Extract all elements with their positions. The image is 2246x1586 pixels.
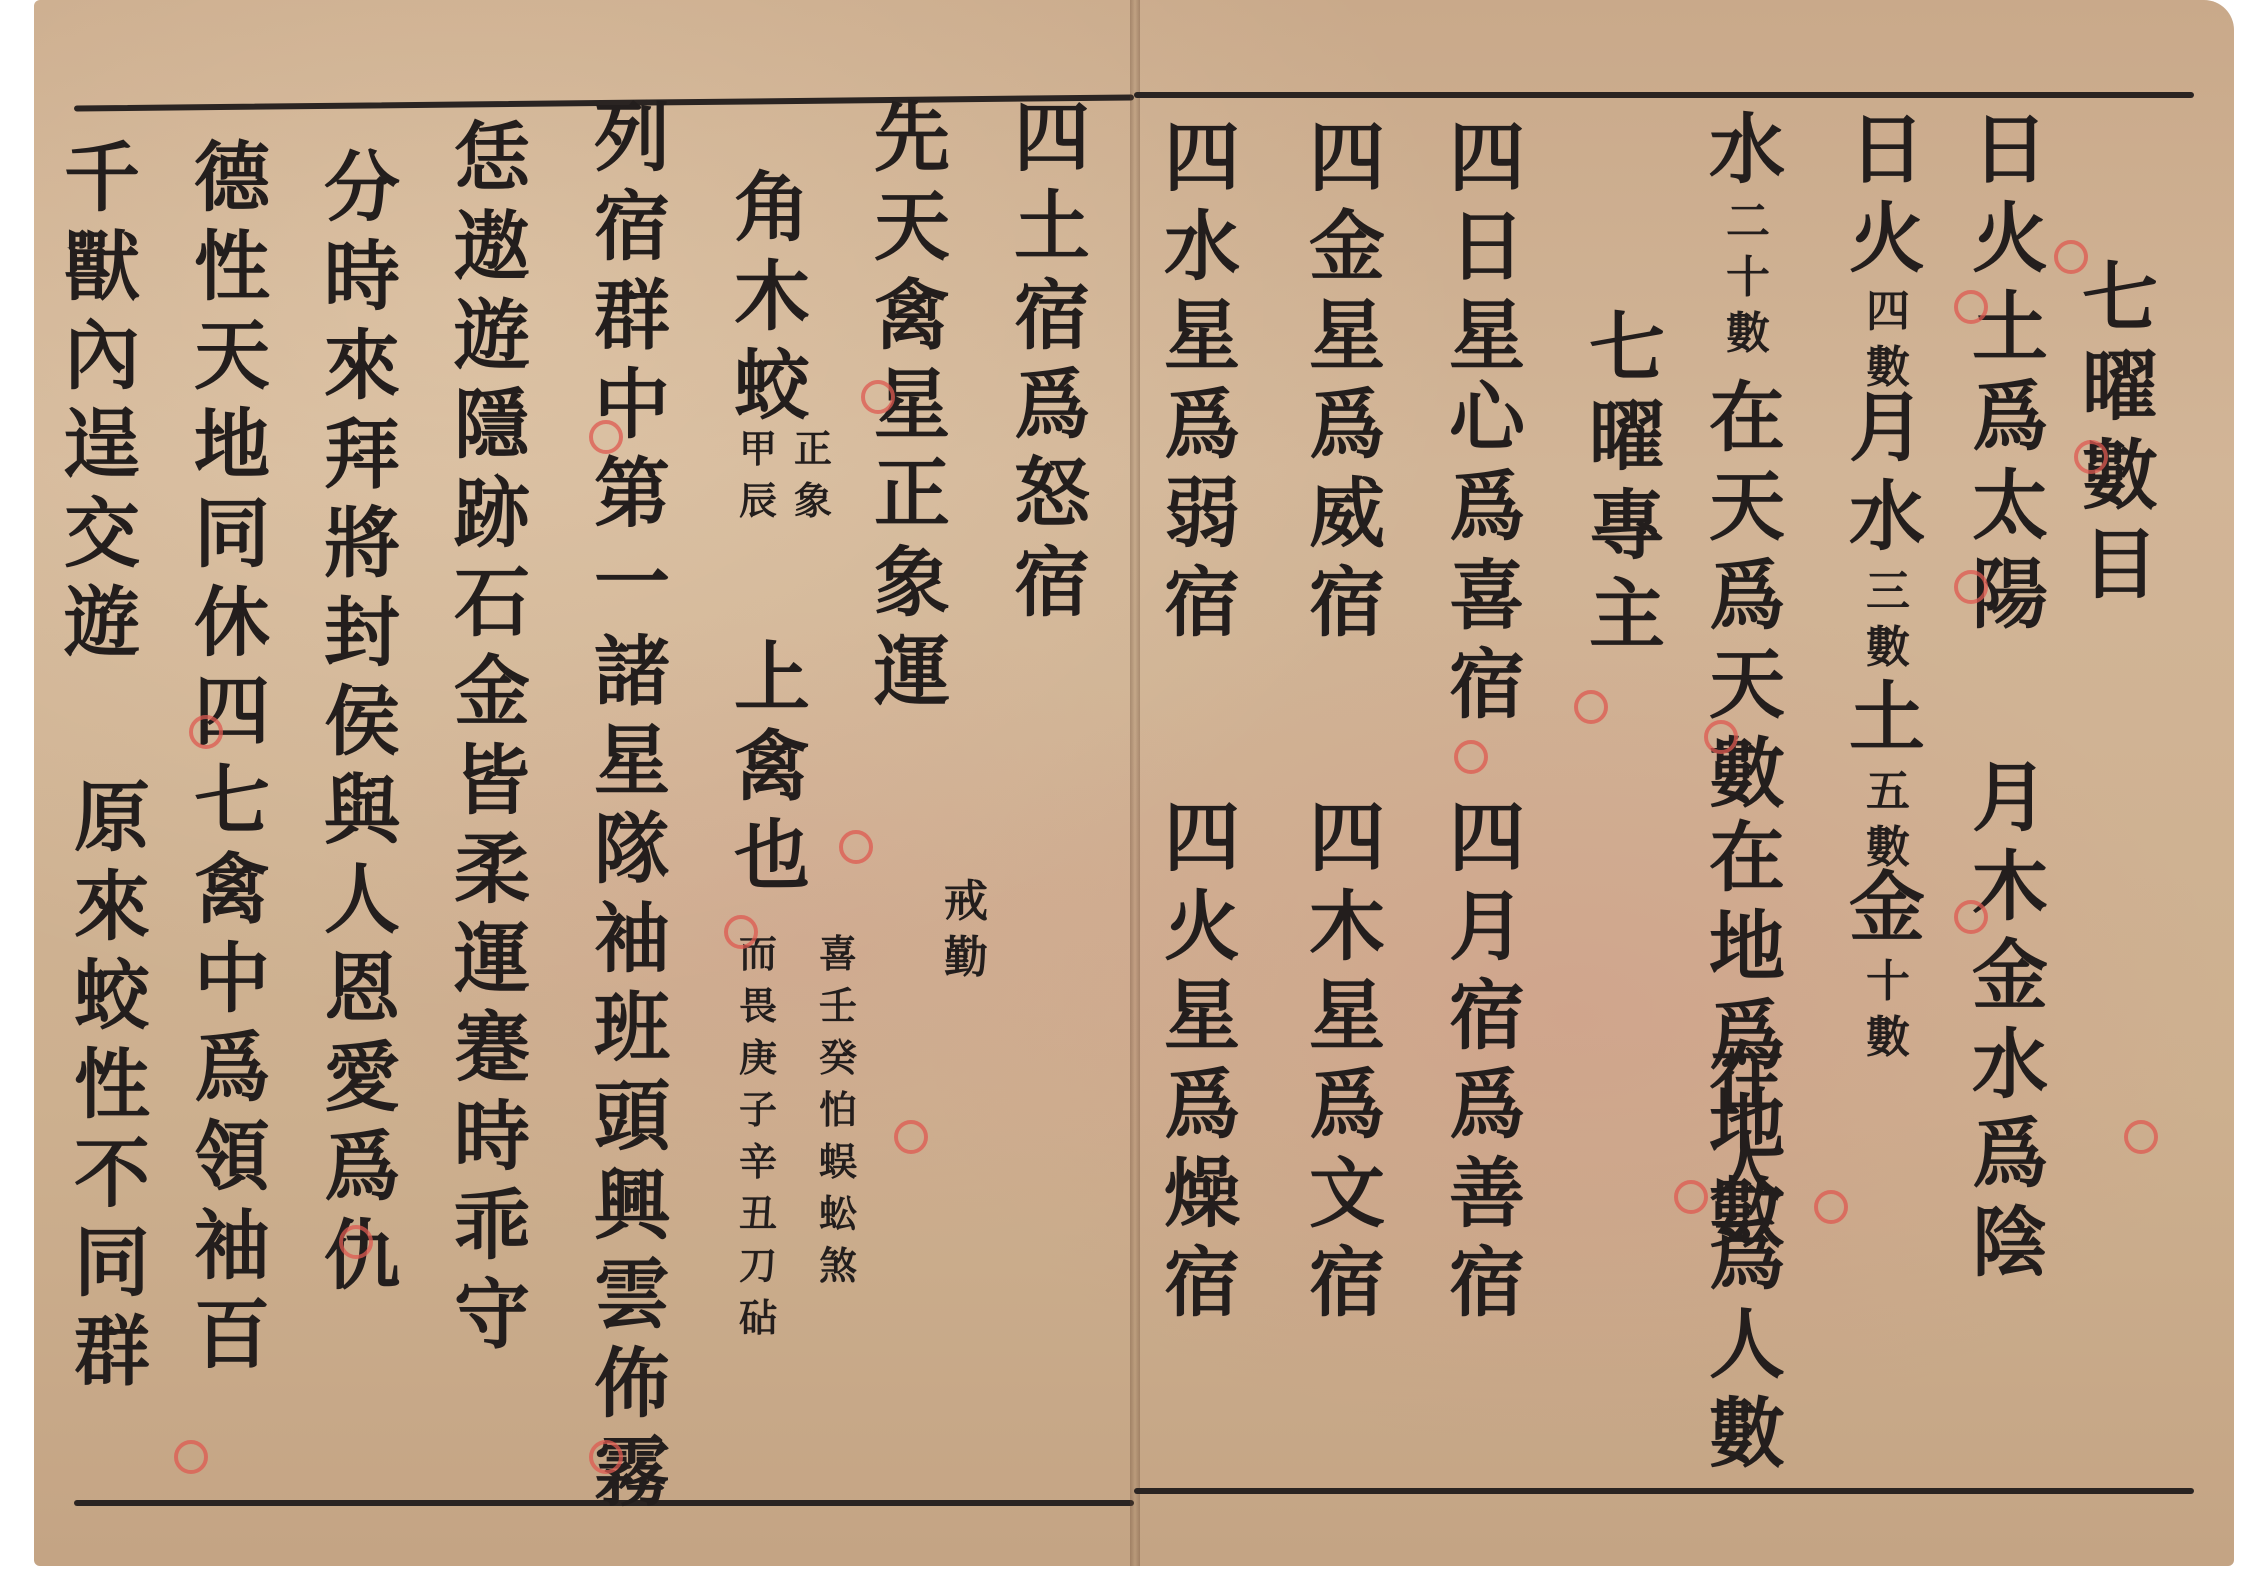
glyph: 爲 xyxy=(1449,469,1525,558)
glyph: 時 xyxy=(454,1099,530,1188)
red-punctuation-circle xyxy=(174,1440,208,1474)
red-punctuation-circle xyxy=(1954,290,1988,324)
glyph: 正 xyxy=(794,430,832,482)
glyph: 曜 xyxy=(1589,399,1665,488)
glyph: 興 xyxy=(594,1168,670,1257)
glyph: 內 xyxy=(64,318,140,407)
text-column: 月水 xyxy=(1849,390,1925,568)
glyph: 太 xyxy=(1972,468,2048,557)
glyph: 班 xyxy=(594,990,670,1079)
glyph: 中 xyxy=(194,941,270,1030)
glyph: 原 xyxy=(74,780,150,869)
glyph: 七 xyxy=(2082,260,2158,349)
glyph: 爲 xyxy=(1164,387,1240,476)
glyph: 列 xyxy=(594,100,670,189)
glyph: 上 xyxy=(734,640,810,729)
glyph: 甲 xyxy=(739,430,777,482)
annotation-column: 而畏庚子辛丑刀砧 xyxy=(739,935,777,1351)
text-column: 列宿群中第一諸星隊袖班頭興雲佈霧 xyxy=(594,100,670,1524)
glyph: 禽 xyxy=(734,729,810,818)
glyph: 宿 xyxy=(1449,1245,1525,1334)
glyph: 弱 xyxy=(1164,476,1240,565)
red-punctuation-circle xyxy=(861,380,895,414)
glyph: 爲 xyxy=(1709,558,1785,647)
glyph: 日 xyxy=(1972,112,2048,201)
red-punctuation-circle xyxy=(189,715,223,749)
text-column: 上禽也 xyxy=(734,640,810,907)
glyph: 刀 xyxy=(739,1247,777,1299)
right-page: 七曜數目 日火土爲太陽 月木金水爲陰 日火 四數 月水 三數 土 五數 金 十數… xyxy=(1134,0,2234,1566)
glyph: 癸 xyxy=(819,1039,857,1091)
glyph: 木 xyxy=(1309,889,1385,978)
red-punctuation-circle xyxy=(589,420,623,454)
red-punctuation-circle xyxy=(724,915,758,949)
glyph: 四 xyxy=(1014,100,1090,189)
red-punctuation-circle xyxy=(839,830,873,864)
text-column: 心爲喜宿 xyxy=(1449,380,1525,736)
text-column: 四木星爲文宿 xyxy=(1309,800,1385,1334)
glyph: 爲 xyxy=(1449,1067,1525,1156)
glyph: 千 xyxy=(64,140,140,229)
glyph: 不 xyxy=(74,1136,150,1225)
glyph: 金 xyxy=(454,654,530,743)
glyph: 拜 xyxy=(324,417,400,506)
glyph: 來 xyxy=(74,869,150,958)
glyph: 四 xyxy=(1164,120,1240,209)
annotation-column: 戒勤 xyxy=(944,880,988,992)
glyph: 四 xyxy=(1309,800,1385,889)
glyph: 三 xyxy=(1866,570,1910,626)
glyph: 袖 xyxy=(594,901,670,990)
glyph: 天 xyxy=(1709,469,1785,558)
glyph: 月 xyxy=(1972,760,2048,849)
glyph: 諸 xyxy=(594,634,670,723)
glyph: 宿 xyxy=(1449,978,1525,1067)
glyph: 目 xyxy=(2082,527,2158,616)
glyph: 宿 xyxy=(1014,278,1090,367)
glyph: 恁 xyxy=(454,120,530,209)
glyph: 爲 xyxy=(1309,387,1385,476)
glyph: 象 xyxy=(874,545,950,634)
glyph: 子 xyxy=(739,1091,777,1143)
glyph: 群 xyxy=(74,1314,150,1403)
glyph: 時 xyxy=(324,239,400,328)
glyph: 遊 xyxy=(64,585,140,674)
glyph: 禽 xyxy=(874,278,950,367)
glyph: 分 xyxy=(324,150,400,239)
glyph: 砧 xyxy=(739,1299,777,1351)
red-punctuation-circle xyxy=(1814,1190,1848,1224)
glyph: 文 xyxy=(1309,1156,1385,1245)
glyph: 爲 xyxy=(324,1129,400,1218)
glyph: 運 xyxy=(874,634,950,723)
text-column: 土 xyxy=(1849,680,1925,769)
glyph: 金 xyxy=(1849,870,1925,959)
glyph: 怒 xyxy=(1014,456,1090,545)
glyph: 同 xyxy=(194,496,270,585)
glyph: 二 xyxy=(1726,200,1770,256)
glyph: 壬 xyxy=(819,987,857,1039)
glyph: 土 xyxy=(1014,189,1090,278)
annotation-column: 喜壬癸怕蜈蚣煞 xyxy=(819,935,857,1299)
text-column: 月木金水爲陰 xyxy=(1972,760,2048,1294)
glyph: 隊 xyxy=(594,812,670,901)
glyph: 怕 xyxy=(819,1091,857,1143)
glyph: 十 xyxy=(1726,256,1770,312)
glyph: 皆 xyxy=(454,743,530,832)
glyph: 四 xyxy=(1449,800,1525,889)
red-punctuation-circle xyxy=(2074,440,2108,474)
glyph: 爲 xyxy=(1164,1067,1240,1156)
red-punctuation-circle xyxy=(1954,900,1988,934)
glyph: 遊 xyxy=(454,298,530,387)
glyph: 宿 xyxy=(1164,565,1240,654)
glyph: 隱 xyxy=(454,387,530,476)
red-punctuation-circle xyxy=(2124,1120,2158,1154)
glyph: 愛 xyxy=(324,1040,400,1129)
glyph: 袖 xyxy=(194,1208,270,1297)
glyph: 侯 xyxy=(324,684,400,773)
glyph: 德 xyxy=(194,140,270,229)
glyph: 丑 xyxy=(739,1195,777,1247)
glyph: 七 xyxy=(1589,310,1665,399)
annotation-column: 甲辰 xyxy=(739,430,777,534)
annotation-column: 十數 xyxy=(1866,960,1910,1072)
red-punctuation-circle xyxy=(894,1120,928,1154)
glyph: 日 xyxy=(1449,209,1525,298)
glyph: 庚 xyxy=(739,1039,777,1091)
glyph: 宿 xyxy=(1309,565,1385,654)
glyph: 火 xyxy=(1972,201,2048,290)
text-column: 角木蛟 xyxy=(734,170,810,437)
glyph: 月 xyxy=(1449,889,1525,978)
glyph: 一 xyxy=(594,545,670,634)
text-column: 水 xyxy=(1709,112,1785,201)
glyph: 日 xyxy=(1849,112,1925,201)
glyph: 象 xyxy=(794,482,832,534)
text-column: 在天爲天數 xyxy=(1709,380,1785,825)
glyph: 領 xyxy=(194,1119,270,1208)
glyph: 水 xyxy=(1849,479,1925,568)
text-column: 四土宿爲怒宿 xyxy=(1014,100,1090,634)
glyph: 來 xyxy=(324,328,400,417)
glyph: 四 xyxy=(1449,120,1525,209)
glyph: 守 xyxy=(454,1277,530,1366)
glyph: 勤 xyxy=(944,936,988,992)
glyph: 喜 xyxy=(819,935,857,987)
text-column: 四月宿爲善宿 xyxy=(1449,800,1525,1334)
glyph: 戒 xyxy=(944,880,988,936)
text-column: 四金星爲威宿 xyxy=(1309,120,1385,654)
glyph: 辛 xyxy=(739,1143,777,1195)
glyph: 群 xyxy=(594,278,670,367)
red-punctuation-circle xyxy=(1674,1180,1708,1214)
red-punctuation-circle xyxy=(1454,740,1488,774)
glyph: 星 xyxy=(1164,978,1240,1067)
text-column: 四水星爲弱宿 xyxy=(1164,120,1240,654)
glyph: 蛟 xyxy=(734,348,810,437)
glyph: 禽 xyxy=(194,852,270,941)
glyph: 煞 xyxy=(819,1247,857,1299)
glyph: 遨 xyxy=(454,209,530,298)
glyph: 燥 xyxy=(1164,1156,1240,1245)
glyph: 天 xyxy=(194,318,270,407)
glyph: 善 xyxy=(1449,1156,1525,1245)
red-punctuation-circle xyxy=(1954,570,1988,604)
glyph: 將 xyxy=(324,506,400,595)
glyph: 角 xyxy=(734,170,810,259)
glyph: 交 xyxy=(64,496,140,585)
glyph: 水 xyxy=(1164,209,1240,298)
red-punctuation-circle xyxy=(1704,720,1738,754)
glyph: 心 xyxy=(1449,380,1525,469)
glyph: 人 xyxy=(324,862,400,951)
red-punctuation-circle xyxy=(589,1440,623,1474)
glyph: 爲 xyxy=(194,1030,270,1119)
glyph: 蛟 xyxy=(74,958,150,1047)
glyph: 雲 xyxy=(594,1257,670,1346)
glyph: 宿 xyxy=(1014,545,1090,634)
glyph: 同 xyxy=(74,1225,150,1314)
glyph: 蹇 xyxy=(454,1010,530,1099)
glyph: 數 xyxy=(1866,1016,1910,1072)
glyph: 喜 xyxy=(1449,558,1525,647)
glyph: 運 xyxy=(454,921,530,1010)
glyph: 在 xyxy=(1709,1040,1785,1129)
text-column: 金 xyxy=(1849,870,1925,959)
glyph: 金 xyxy=(1972,938,2048,1027)
top-border-rule xyxy=(1134,92,2194,98)
text-column: 德性天地同休四七禽中爲領袖百 xyxy=(194,140,270,1386)
glyph: 爲 xyxy=(1014,367,1090,456)
glyph: 在 xyxy=(1709,820,1785,909)
text-column: 日火土爲太陽 xyxy=(1972,112,2048,646)
glyph: 陰 xyxy=(1972,1205,2048,1294)
text-column: 恁遨遊隱跡石金皆柔運蹇時乖守 xyxy=(454,120,530,1366)
glyph: 休 xyxy=(194,585,270,674)
red-punctuation-circle xyxy=(1574,690,1608,724)
red-punctuation-circle xyxy=(2054,240,2088,274)
annotation-column: 三數 xyxy=(1866,570,1910,682)
chapter-title-column: 七曜數目 xyxy=(2082,260,2158,616)
glyph: 天 xyxy=(874,189,950,278)
annotation-column: 正象 xyxy=(794,430,832,534)
glyph: 月 xyxy=(1849,390,1925,479)
glyph: 人 xyxy=(1709,1307,1785,1396)
glyph: 爲 xyxy=(1972,1116,2048,1205)
glyph: 人 xyxy=(1709,1129,1785,1218)
glyph: 獸 xyxy=(64,229,140,318)
bottom-border-rule xyxy=(1134,1488,2194,1494)
glyph: 正 xyxy=(874,456,950,545)
text-column: 四日星 xyxy=(1449,120,1525,387)
glyph: 爲 xyxy=(1309,1067,1385,1156)
text-column: 千獸內逞交遊 xyxy=(64,140,140,674)
glyph: 水 xyxy=(1709,112,1785,201)
glyph: 星 xyxy=(1164,298,1240,387)
glyph: 石 xyxy=(454,565,530,654)
glyph: 蚣 xyxy=(819,1195,857,1247)
text-column: 日火 xyxy=(1849,112,1925,290)
glyph: 乖 xyxy=(454,1188,530,1277)
glyph: 十 xyxy=(1866,960,1910,1016)
glyph: 性 xyxy=(194,229,270,318)
glyph: 蜈 xyxy=(819,1143,857,1195)
glyph: 宿 xyxy=(1164,1245,1240,1334)
glyph: 地 xyxy=(1709,909,1785,998)
glyph: 四 xyxy=(1164,800,1240,889)
text-column: 在人爲人數 xyxy=(1709,1040,1785,1485)
glyph: 木 xyxy=(734,259,810,348)
glyph: 辰 xyxy=(739,482,777,534)
glyph: 宿 xyxy=(1449,647,1525,736)
glyph: 畏 xyxy=(739,987,777,1039)
glyph: 火 xyxy=(1164,889,1240,978)
glyph: 四 xyxy=(1866,290,1910,346)
glyph: 火 xyxy=(1849,201,1925,290)
glyph: 水 xyxy=(1972,1027,2048,1116)
glyph: 威 xyxy=(1309,476,1385,565)
open-book: 四土宿爲怒宿 先天禽星正象運 戒勤 角木蛟 甲辰 正象 上禽也 而畏庚子辛丑刀砧… xyxy=(34,0,2234,1566)
glyph: 宿 xyxy=(594,189,670,278)
text-column: 原來蛟性不同群 xyxy=(74,780,150,1403)
glyph: 也 xyxy=(734,818,810,907)
glyph: 性 xyxy=(74,1047,150,1136)
glyph: 專 xyxy=(1589,488,1665,577)
glyph: 陽 xyxy=(1972,557,2048,646)
glyph: 數 xyxy=(1726,312,1770,368)
glyph: 百 xyxy=(194,1297,270,1386)
text-column: 四火星爲燥宿 xyxy=(1164,800,1240,1334)
glyph: 恩 xyxy=(324,951,400,1040)
glyph: 主 xyxy=(1589,577,1665,666)
glyph: 柔 xyxy=(454,832,530,921)
glyph: 佈 xyxy=(594,1346,670,1435)
glyph: 宿 xyxy=(1309,1245,1385,1334)
glyph: 封 xyxy=(324,595,400,684)
glyph: 七 xyxy=(194,763,270,852)
text-column: 分時來拜將封侯與人恩愛爲仇 xyxy=(324,150,400,1307)
glyph: 先 xyxy=(874,100,950,189)
glyph: 地 xyxy=(194,407,270,496)
glyph: 數 xyxy=(1709,1396,1785,1485)
glyph: 跡 xyxy=(454,476,530,565)
left-page: 四土宿爲怒宿 先天禽星正象運 戒勤 角木蛟 甲辰 正象 上禽也 而畏庚子辛丑刀砧… xyxy=(34,0,1134,1566)
glyph: 爲 xyxy=(1709,1218,1785,1307)
glyph: 四 xyxy=(1309,120,1385,209)
glyph: 與 xyxy=(324,773,400,862)
annotation-column: 二十數 xyxy=(1726,200,1770,368)
glyph: 爲 xyxy=(1972,379,2048,468)
glyph: 逞 xyxy=(64,407,140,496)
glyph: 土 xyxy=(1849,680,1925,769)
glyph: 五 xyxy=(1866,770,1910,826)
glyph: 星 xyxy=(1309,298,1385,387)
glyph: 金 xyxy=(1309,209,1385,298)
glyph: 頭 xyxy=(594,1079,670,1168)
glyph: 曜 xyxy=(2082,349,2158,438)
section-title-column: 七曜專主 xyxy=(1589,310,1665,666)
glyph: 星 xyxy=(1309,978,1385,1067)
red-punctuation-circle xyxy=(339,1225,373,1259)
glyph: 在 xyxy=(1709,380,1785,469)
glyph: 第 xyxy=(594,456,670,545)
glyph: 星 xyxy=(594,723,670,812)
